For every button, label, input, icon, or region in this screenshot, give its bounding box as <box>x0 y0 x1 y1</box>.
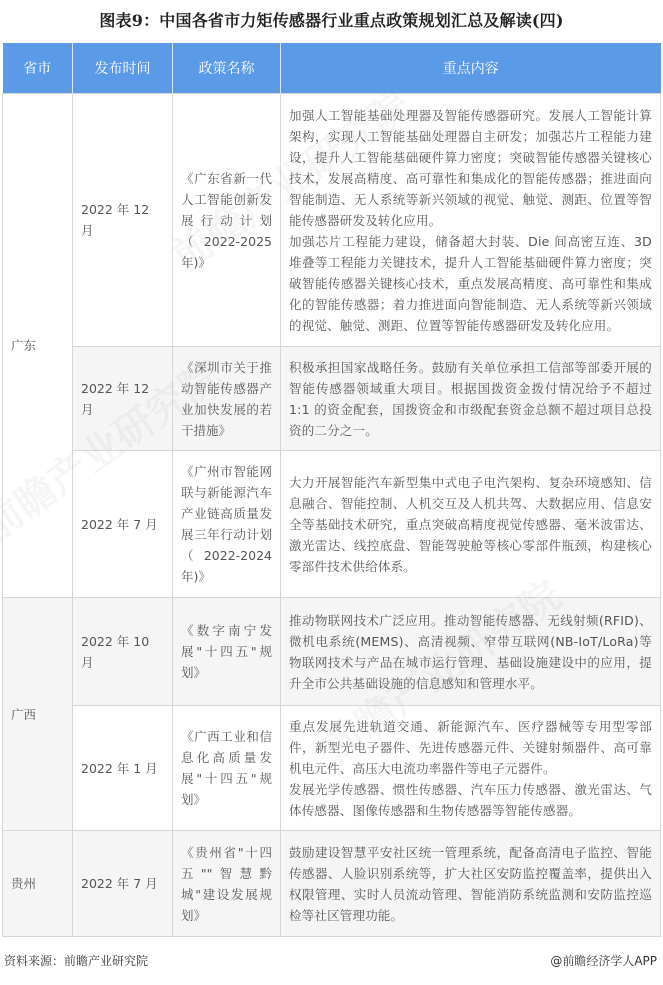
content-paragraph: 重点发展先进轨道交通、新能源汽车、医疗器械等专用型零部件，新型光电子器件、先进传… <box>289 716 652 779</box>
header-key-content: 重点内容 <box>281 43 661 94</box>
footer: 资料来源：前瞻产业研究院 @前瞻经济学人APP <box>4 952 657 972</box>
policy-name-cell: 《广西工业和信息化高质量发展"十四五"规划》 <box>173 706 281 831</box>
table-row: 广东 2022 年 12 月 《广东省新一代人工智能创新发展行动计划（2022-… <box>3 94 661 347</box>
content-paragraph: 鼓励建设智慧平安社区统一管理系统，配备高清电子监控、智能传感器、人脸识别系统等，… <box>289 842 652 926</box>
header-date: 发布时间 <box>73 43 173 94</box>
key-content-cell: 加强人工智能基础处理器及智能传感器研究。发展人工智能计算架构，实现人工智能基础处… <box>281 94 661 347</box>
key-content-cell: 积极承担国家战略任务。鼓励有关单位承担工信部等部委开展的智能传感器领域重大项目。… <box>281 347 661 451</box>
policy-table: 省市 发布时间 政策名称 重点内容 广东 2022 年 12 月 《广东省新一代… <box>2 43 661 937</box>
header-province: 省市 <box>3 43 73 94</box>
date-cell: 2022 年 10 月 <box>73 598 173 706</box>
policy-name-cell: 《数字南宁发展"十四五"规划》 <box>173 598 281 706</box>
content-paragraph: 大力开展智能汽车新型集中式电子电汽架构、复杂环境感知、信息融合、智能控制、人机交… <box>289 472 652 577</box>
table-row: 2022 年 7 月 《广州市智能网联与新能源汽车产业链高质量发展三年行动计划（… <box>3 451 661 598</box>
date-cell: 2022 年 12 月 <box>73 347 173 451</box>
key-content-cell: 大力开展智能汽车新型集中式电子电汽架构、复杂环境感知、信息融合、智能控制、人机交… <box>281 451 661 598</box>
content-paragraph: 积极承担国家战略任务。鼓励有关单位承担工信部等部委开展的智能传感器领域重大项目。… <box>289 357 652 441</box>
content-paragraph: 发展光学传感器、惯性传感器、汽车压力传感器、激光雷达、气体传感器、图像传感器和生… <box>289 779 652 821</box>
key-content-cell: 鼓励建设智慧平安社区统一管理系统，配备高清电子监控、智能传感器、人脸识别系统等，… <box>281 831 661 937</box>
province-cell: 贵州 <box>3 831 73 937</box>
key-content-cell: 推动物联网技术广泛应用。推动智能传感器、无线射频(RFID)、微机电系统(MEM… <box>281 598 661 706</box>
table-row: 2022 年 1 月 《广西工业和信息化高质量发展"十四五"规划》 重点发展先进… <box>3 706 661 831</box>
content-paragraph: 推动物联网技术广泛应用。推动智能传感器、无线射频(RFID)、微机电系统(MEM… <box>289 610 652 694</box>
page-title: 图表9：中国各省市力矩传感器行业重点政策规划汇总及解读(四) <box>0 6 663 36</box>
date-cell: 2022 年 7 月 <box>73 451 173 598</box>
table-header-row: 省市 发布时间 政策名称 重点内容 <box>3 43 661 94</box>
policy-name-cell: 《深圳市关于推动智能传感器产业加快发展的若干措施》 <box>173 347 281 451</box>
content-paragraph: 加强人工智能基础处理器及智能传感器研究。发展人工智能计算架构，实现人工智能基础处… <box>289 105 652 231</box>
table-row: 贵州 2022 年 7 月 《贵州省"十四五""智慧黔城"建设发展规划》 鼓励建… <box>3 831 661 937</box>
policy-name-cell: 《广东省新一代人工智能创新发展行动计划（2022-2025年)》 <box>173 94 281 347</box>
header-policy-name: 政策名称 <box>173 43 281 94</box>
table-row: 2022 年 12 月 《深圳市关于推动智能传感器产业加快发展的若干措施》 积极… <box>3 347 661 451</box>
date-cell: 2022 年 12 月 <box>73 94 173 347</box>
source-note: 资料来源：前瞻产业研究院 <box>4 952 148 969</box>
content-paragraph: 加强芯片工程能力建设，储备超大封装、Die 间高密互连、3D 堆叠等工程能力关键… <box>289 231 652 336</box>
province-cell: 广西 <box>3 598 73 831</box>
table-row: 广西 2022 年 10 月 《数字南宁发展"十四五"规划》 推动物联网技术广泛… <box>3 598 661 706</box>
province-cell: 广东 <box>3 94 73 598</box>
key-content-cell: 重点发展先进轨道交通、新能源汽车、医疗器械等专用型零部件，新型光电子器件、先进传… <box>281 706 661 831</box>
policy-name-cell: 《贵州省"十四五""智慧黔城"建设发展规划》 <box>173 831 281 937</box>
policy-name-cell: 《广州市智能网联与新能源汽车产业链高质量发展三年行动计划（2022-2024年)… <box>173 451 281 598</box>
date-cell: 2022 年 1 月 <box>73 706 173 831</box>
date-cell: 2022 年 7 月 <box>73 831 173 937</box>
brand-credit: @前瞻经济学人APP <box>550 952 657 969</box>
